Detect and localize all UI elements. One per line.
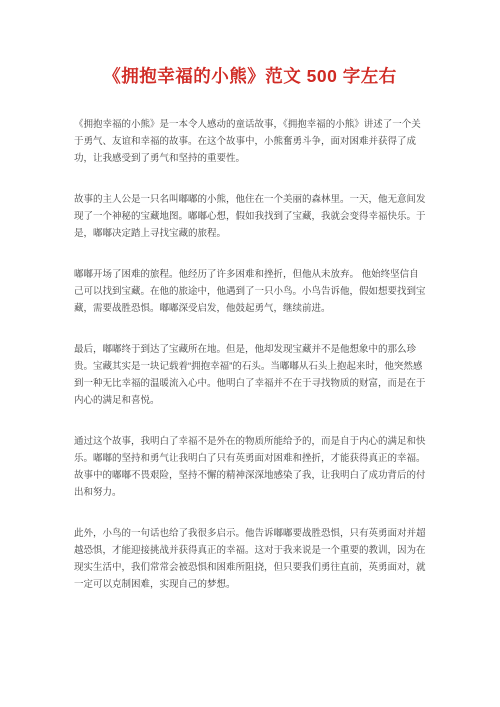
essay-paragraph: 故事的主人公是一只名叫嘟嘟的小熊，他住在一个美丽的森林里。一天，他无意间发现了一…	[74, 191, 426, 242]
essay-body: 《拥抱幸福的小熊》是一本令人感动的童话故事，《拥抱幸福的小熊》讲述了一个关于勇气…	[74, 116, 426, 593]
document-page: 《拥抱幸福的小熊》范文 500 字左右 《拥抱幸福的小熊》是一本令人感动的童话故…	[0, 0, 500, 707]
essay-paragraph: 最后，嘟嘟终于到达了宝藏所在地。但是，他却发现宝藏并不是他想象中的那么珍贵。宝藏…	[74, 341, 426, 409]
essay-title: 《拥抱幸福的小熊》范文 500 字左右	[74, 63, 426, 89]
essay-paragraph: 《拥抱幸福的小熊》是一本令人感动的童话故事，《拥抱幸福的小熊》讲述了一个关于勇气…	[74, 116, 426, 167]
essay-paragraph: 嘟嘟开场了困难的旅程。他经历了许多困难和挫折，但他从未放弃。 他始终坚信自己可以…	[74, 266, 426, 317]
essay-paragraph: 通过这个故事，我明白了幸福不是外在的物质所能给予的，而是自于内心的满足和快乐。嘟…	[74, 433, 426, 501]
essay-paragraph: 此外，小鸟的一句话也给了我很多启示。他告诉嘟嘟要战胜恐惧，只有英勇面对并超越恐惧…	[74, 525, 426, 593]
